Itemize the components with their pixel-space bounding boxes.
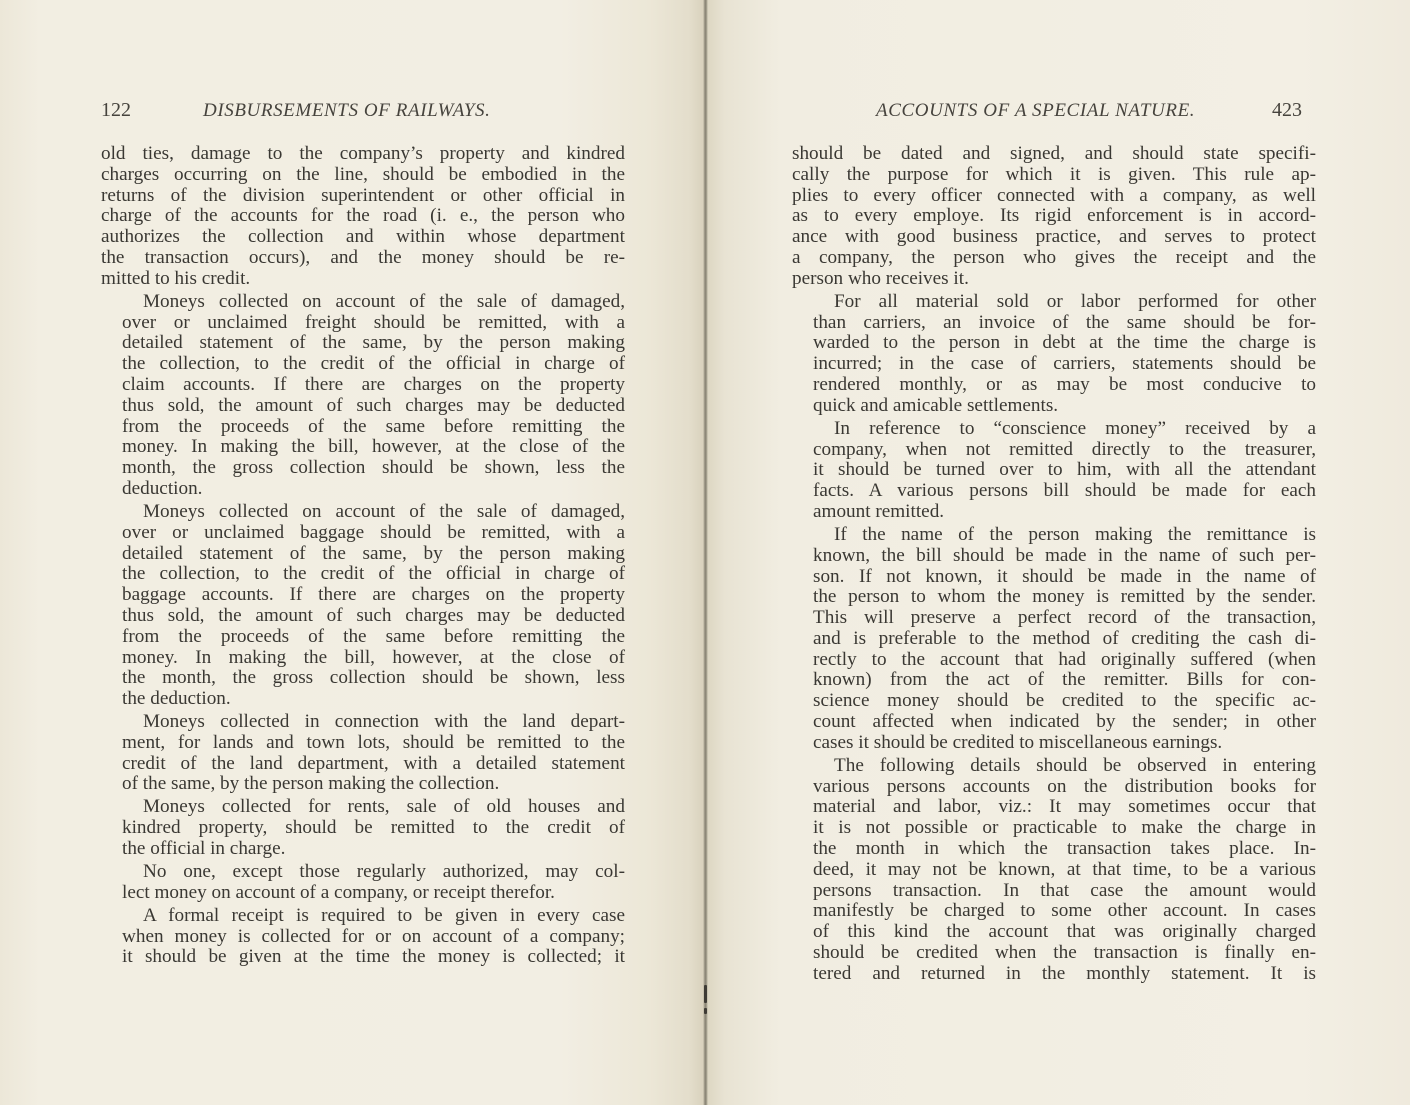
- text-line: rendered monthly, or as may be most cond…: [792, 375, 1316, 396]
- text-line: amount remitted.: [792, 502, 1316, 523]
- text-line: Moneys collected in connection with the …: [101, 712, 625, 733]
- text-line: person who receives it.: [792, 269, 1316, 290]
- text-line: The following details should be observed…: [792, 756, 1316, 777]
- book-spread: 122 Disbursements of Railways. old ties,…: [0, 0, 1410, 1105]
- text-line: material and labor, viz.: It may sometim…: [792, 797, 1316, 818]
- text-line: Moneys collected for rents, sale of old …: [101, 797, 625, 818]
- text-line: and is preferable to the method of credi…: [792, 629, 1316, 650]
- text-line: For all material sold or labor performed…: [792, 292, 1316, 313]
- text-line: No one, except those regularly authorize…: [101, 862, 625, 883]
- text-line: science money should be credited to the …: [792, 691, 1316, 712]
- text-line: charge of the accounts for the road (i. …: [101, 206, 625, 227]
- text-line: over or unclaimed freight should be remi…: [101, 313, 625, 334]
- paragraph: should be dated and signed, and should s…: [792, 144, 1316, 290]
- paragraph: Moneys collected for rents, sale of old …: [101, 797, 625, 859]
- text-line: deed, it may not be known, at that time,…: [792, 860, 1316, 881]
- text-line: deduction.: [101, 479, 625, 500]
- paragraph: A formal receipt is required to be given…: [101, 906, 625, 968]
- page-number: 423: [1272, 99, 1302, 122]
- text-line: returns of the division superintendent o…: [101, 186, 625, 207]
- text-line: the transaction occurs), and the money s…: [101, 248, 625, 269]
- paragraph: If the name of the person making the rem…: [792, 525, 1316, 754]
- text-line: from the proceeds of the same before rem…: [101, 417, 625, 438]
- paragraph: For all material sold or labor performed…: [792, 292, 1316, 417]
- text-line: the month, the gross collection should b…: [101, 668, 625, 689]
- text-line: facts. A various persons bill should be …: [792, 481, 1316, 502]
- text-line: persons transaction. In that case the am…: [792, 881, 1316, 902]
- text-line: of the same, by the person making the co…: [101, 774, 625, 795]
- paragraph: Moneys collected on account of the sale …: [101, 292, 625, 500]
- text-line: quick and amicable settlements.: [792, 396, 1316, 417]
- paragraph: In reference to “conscience money” recei…: [792, 419, 1316, 523]
- text-line: rectly to the account that had originall…: [792, 650, 1316, 671]
- paragraph: old ties, damage to the company’s proper…: [101, 144, 625, 290]
- text-line: mitted to his credit.: [101, 269, 625, 290]
- text-line: warded to the person in debt at the time…: [792, 333, 1316, 354]
- text-line: of this kind the account that was origin…: [792, 922, 1316, 943]
- paragraph: No one, except those regularly authorize…: [101, 862, 625, 904]
- text-line: the person to whom the money is remitted…: [792, 587, 1316, 608]
- text-line: a company, the person who gives the rece…: [792, 248, 1316, 269]
- paragraph: Moneys collected in connection with the …: [101, 712, 625, 795]
- text-line: thus sold, the amount of such charges ma…: [101, 396, 625, 417]
- text-line: it is not possible or practicable to mak…: [792, 818, 1316, 839]
- text-line: cally the purpose for which it is given.…: [792, 165, 1316, 186]
- body-text: old ties, damage to the company’s proper…: [101, 144, 625, 970]
- text-line: known) from the act of the remitter. Bil…: [792, 670, 1316, 691]
- text-line: should be dated and signed, and should s…: [792, 144, 1316, 165]
- text-line: the official in charge.: [101, 839, 625, 860]
- text-line: it should be given at the time the money…: [101, 947, 625, 968]
- text-line: thus sold, the amount of such charges ma…: [101, 606, 625, 627]
- text-line: should be credited when the transaction …: [792, 943, 1316, 964]
- text-line: known, the bill should be made in the na…: [792, 546, 1316, 567]
- text-line: tered and returned in the monthly statem…: [792, 964, 1316, 985]
- text-line: detailed statement of the same, by the p…: [101, 333, 625, 354]
- text-line: old ties, damage to the company’s proper…: [101, 144, 625, 165]
- text-line: In reference to “conscience money” recei…: [792, 419, 1316, 440]
- text-line: than carriers, an invoice of the same sh…: [792, 313, 1316, 334]
- text-line: when money is collected for or on accoun…: [101, 927, 625, 948]
- text-line: This will preserve a perfect record of t…: [792, 608, 1316, 629]
- text-line: as to every employe. Its rigid enforceme…: [792, 206, 1316, 227]
- text-line: baggage accounts. If there are charges o…: [101, 585, 625, 606]
- text-line: charges occurring on the line, should be…: [101, 165, 625, 186]
- text-line: A formal receipt is required to be given…: [101, 906, 625, 927]
- text-line: ment, for lands and town lots, should be…: [101, 733, 625, 754]
- text-line: the collection, to the credit of the off…: [101, 564, 625, 585]
- text-line: incurred; in the case of carriers, state…: [792, 354, 1316, 375]
- text-line: company, when not remitted directly to t…: [792, 440, 1316, 461]
- body-text: should be dated and signed, and should s…: [792, 144, 1316, 987]
- text-line: over or unclaimed baggage should be remi…: [101, 523, 625, 544]
- text-line: credit of the land department, with a de…: [101, 754, 625, 775]
- paragraph: Moneys collected on account of the sale …: [101, 502, 625, 710]
- text-line: from the proceeds of the same before rem…: [101, 627, 625, 648]
- text-line: count affected when indicated by the sen…: [792, 712, 1316, 733]
- text-line: Moneys collected on account of the sale …: [101, 292, 625, 313]
- text-line: money. In making the bill, however, at t…: [101, 648, 625, 669]
- text-line: plies to every officer connected with a …: [792, 186, 1316, 207]
- text-line: the month in which the transaction takes…: [792, 839, 1316, 860]
- text-line: ance with good business practice, and se…: [792, 227, 1316, 248]
- page-number: 122: [101, 99, 131, 122]
- left-page: 122 Disbursements of Railways. old ties,…: [0, 0, 705, 1105]
- text-line: lect money on account of a company, or r…: [101, 883, 625, 904]
- text-line: authorizes the collection and within who…: [101, 227, 625, 248]
- paragraph: The following details should be observed…: [792, 756, 1316, 985]
- text-line: the collection, to the credit of the off…: [101, 354, 625, 375]
- text-line: the deduction.: [101, 689, 625, 710]
- text-line: kindred property, should be remitted to …: [101, 818, 625, 839]
- text-line: money. In making the bill, however, at t…: [101, 437, 625, 458]
- text-line: month, the gross collection should be sh…: [101, 458, 625, 479]
- text-line: Moneys collected on account of the sale …: [101, 502, 625, 523]
- running-head: Disbursements of Railways.: [203, 100, 490, 122]
- text-line: manifestly be charged to some other acco…: [792, 901, 1316, 922]
- text-line: detailed statement of the same, by the p…: [101, 544, 625, 565]
- text-line: various persons accounts on the distribu…: [792, 777, 1316, 798]
- text-line: it should be turned over to him, with al…: [792, 460, 1316, 481]
- text-line: If the name of the person making the rem…: [792, 525, 1316, 546]
- right-page: Accounts of a Special Nature. 423 should…: [706, 0, 1410, 1105]
- text-line: son. If not known, it should be made in …: [792, 567, 1316, 588]
- running-head: Accounts of a Special Nature.: [876, 100, 1195, 122]
- text-line: claim accounts. If there are charges on …: [101, 375, 625, 396]
- text-line: cases it should be credited to miscellan…: [792, 733, 1316, 754]
